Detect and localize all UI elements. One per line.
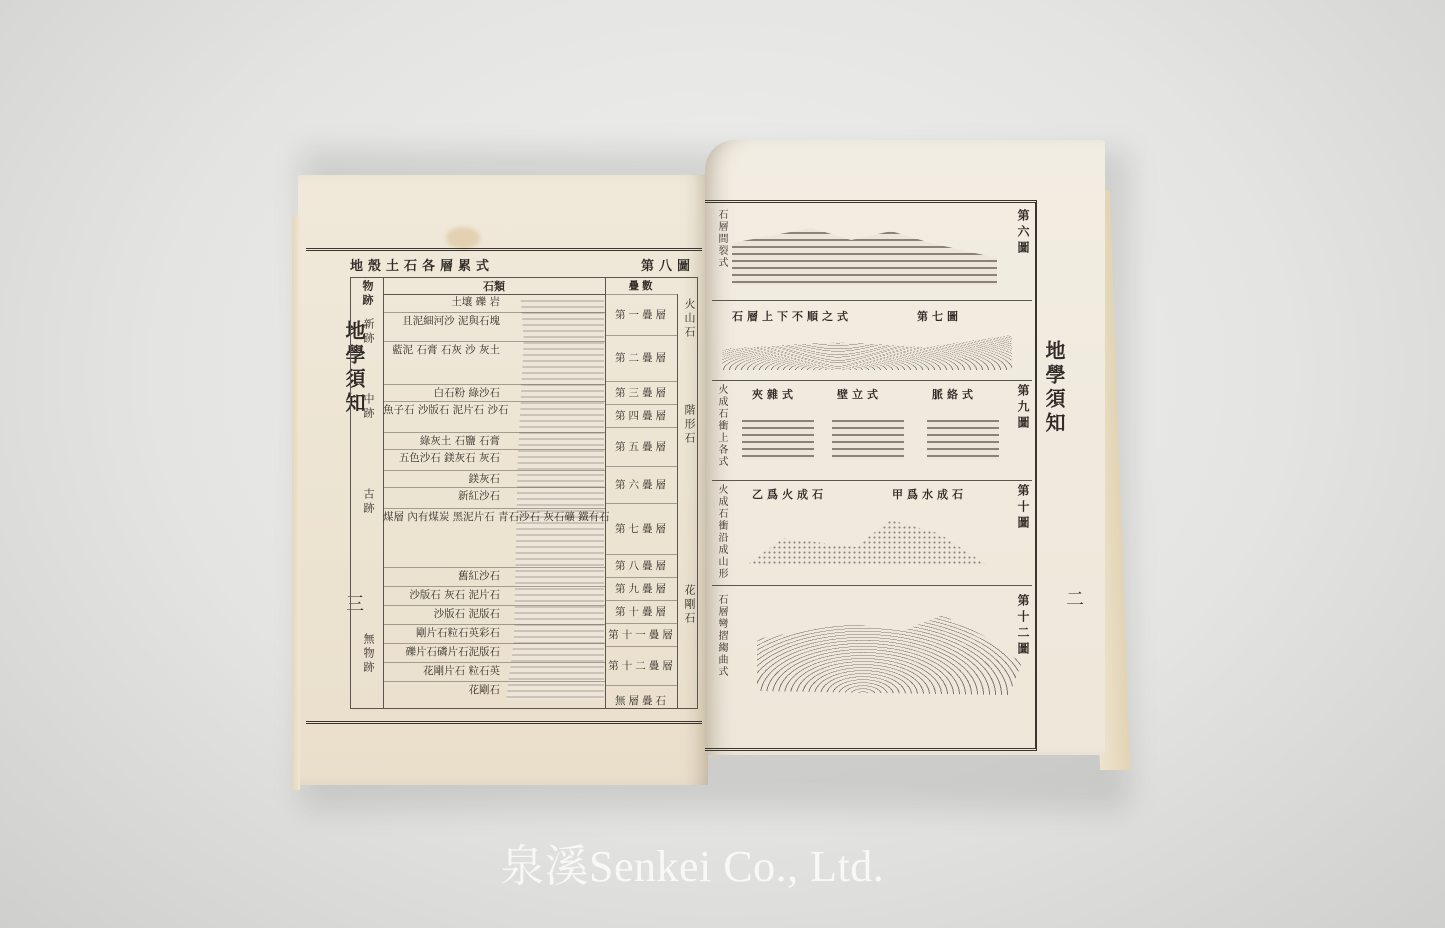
strata-column: 疊數 第一疊層 第二疊層 第三疊層 第四疊層 第五疊層 第六疊層 第七疊層 第八… (605, 278, 678, 708)
strata-row: 第一疊層 (606, 295, 678, 336)
folded-strata-drawing (757, 615, 1022, 695)
figure-10: 火成石衝沿成山形 乙爲火成石 甲爲水成石 第十圖 (712, 480, 1032, 586)
strata-row: 第四疊層 (606, 405, 678, 428)
figure-10-title-b: 乙爲火成石 (752, 486, 827, 502)
age-column: 物跡 新跡 中跡 古跡 無物跡 (351, 278, 384, 708)
strata-row: 第八疊層 (606, 555, 678, 578)
figure-8-title: 地殼土石各層累式 (350, 255, 494, 275)
rock-row: 魚子石 沙版石 泥片石 沙石 (383, 402, 605, 433)
strata-row: 無層疊石 (606, 686, 678, 716)
strata-row: 第三疊層 (606, 382, 678, 405)
rock-row: 且泥細河沙 泥與石塊 (383, 313, 605, 342)
figure-9-label: 第九圖 (1015, 384, 1032, 432)
figure-6: 石層間裂式 第六圖 (712, 205, 1032, 301)
strata-row: 第七疊層 (606, 504, 678, 555)
figure-12-label: 第十二圖 (1015, 594, 1032, 658)
figure-8-label: 第八圖 (641, 255, 695, 275)
rock-rows: 土壤 礫 岩 且泥細河沙 泥與石塊 藍泥 石膏 石灰 沙 灰土 白石粉 綠沙石 … (383, 294, 605, 706)
figure-12-caption: 石層彎摺縐曲式 (714, 594, 729, 678)
paper-stain (446, 227, 480, 249)
rock-row: 剛片石粒石英彩石 (383, 625, 605, 644)
rock-type-granite: 花剛石 (681, 584, 697, 626)
rock-type-stepped: 階形石 (681, 404, 697, 446)
strata-row: 第六疊層 (606, 467, 678, 504)
rock-row: 綠灰土 石鹽 石膏 (383, 433, 605, 450)
intrusion-drawing-2 (832, 420, 904, 460)
rock-row: 舊紅沙石 (383, 568, 605, 587)
rock-row: 沙版石 泥版石 (383, 606, 605, 625)
figure-7-label: 第七圖 (917, 308, 962, 324)
rock-row: 花剛片石 粒石英 (383, 663, 605, 682)
rock-row: 煤層 內有煤炭 黑泥片石 青石沙石 灰石礦 鐵有石 (383, 509, 605, 568)
figure-9-sub-2: 壁立式 (837, 386, 882, 402)
figure-9: 火成石衝上各式 夾雜式 壁立式 脈絡式 第九圖 (712, 380, 1032, 481)
figure-9-sub-3: 脈絡式 (932, 386, 977, 402)
watermark: 泉溪Senkei Co., Ltd. (500, 830, 884, 894)
intrusion-drawing-1 (742, 420, 814, 460)
figure-12: 石層彎摺縐曲式 第十二圖 (712, 590, 1032, 740)
age-new: 新跡 (360, 318, 376, 346)
rock-row: 藍泥 石膏 石灰 沙 灰土 (383, 342, 605, 385)
rock-row: 白石粉 綠沙石 (383, 385, 605, 402)
strata-row: 第十二疊層 (606, 647, 678, 686)
age-none: 無物跡 (360, 633, 376, 675)
volcanic-hill-drawing (747, 520, 987, 565)
strata-row: 第十一疊層 (606, 624, 678, 647)
rock-row: 新紅沙石 (383, 488, 605, 509)
fault-strata-drawing (732, 225, 997, 285)
age-middle: 中跡 (360, 393, 376, 421)
rock-row: 沙版石 灰石 泥片石 (383, 587, 605, 606)
rock-row: 鎂灰石 (383, 471, 605, 488)
age-header: 物跡 (359, 280, 375, 308)
figure-9-caption: 火成石衝上各式 (714, 384, 729, 468)
strata-row: 第二疊層 (606, 336, 678, 382)
figure-7-title: 石層上下不順之式 (732, 308, 852, 324)
right-side-title: 地學須知 (1040, 340, 1069, 436)
figure-6-label: 第六圖 (1015, 209, 1032, 257)
rock-type-volcanic: 火山石 (681, 298, 697, 340)
age-old: 古跡 (360, 488, 376, 516)
figure-10-label: 第十圖 (1015, 484, 1032, 532)
figure-8-title-row: 地殼土石各層累式 第八圖 (350, 255, 695, 275)
strata-table: 物跡 新跡 中跡 古跡 無物跡 石類 土壤 礫 岩 且泥細河沙 泥與石塊 藍泥 … (350, 277, 698, 709)
rock-row: 礫片石磷片石泥版石 (383, 644, 605, 663)
strata-header: 疊數 (606, 278, 678, 295)
rock-row: 花剛石 (383, 682, 605, 706)
intrusion-drawing-3 (927, 420, 999, 460)
figure-10-caption: 火成石衝沿成山形 (714, 484, 729, 580)
figure-9-sub-1: 夾雜式 (752, 386, 797, 402)
right-page-number: 二 (1066, 585, 1084, 611)
unconformity-drawing (722, 335, 1012, 370)
figure-7: 石層上下不順之式 第七圖 (712, 300, 1032, 381)
strata-row: 第五疊層 (606, 428, 678, 467)
strata-row: 第十疊層 (606, 601, 678, 624)
figure-6-caption: 石層間裂式 (714, 209, 729, 269)
strata-row: 第九疊層 (606, 578, 678, 601)
rock-type-column: 火山石 階形石 花剛石 (677, 294, 698, 708)
rock-row: 五色沙石 鎂灰石 灰石 (383, 450, 605, 471)
rock-row: 土壤 礫 岩 (383, 294, 605, 313)
rocks-header: 石類 (383, 278, 605, 295)
figure-10-title-a: 甲爲水成石 (892, 486, 967, 502)
